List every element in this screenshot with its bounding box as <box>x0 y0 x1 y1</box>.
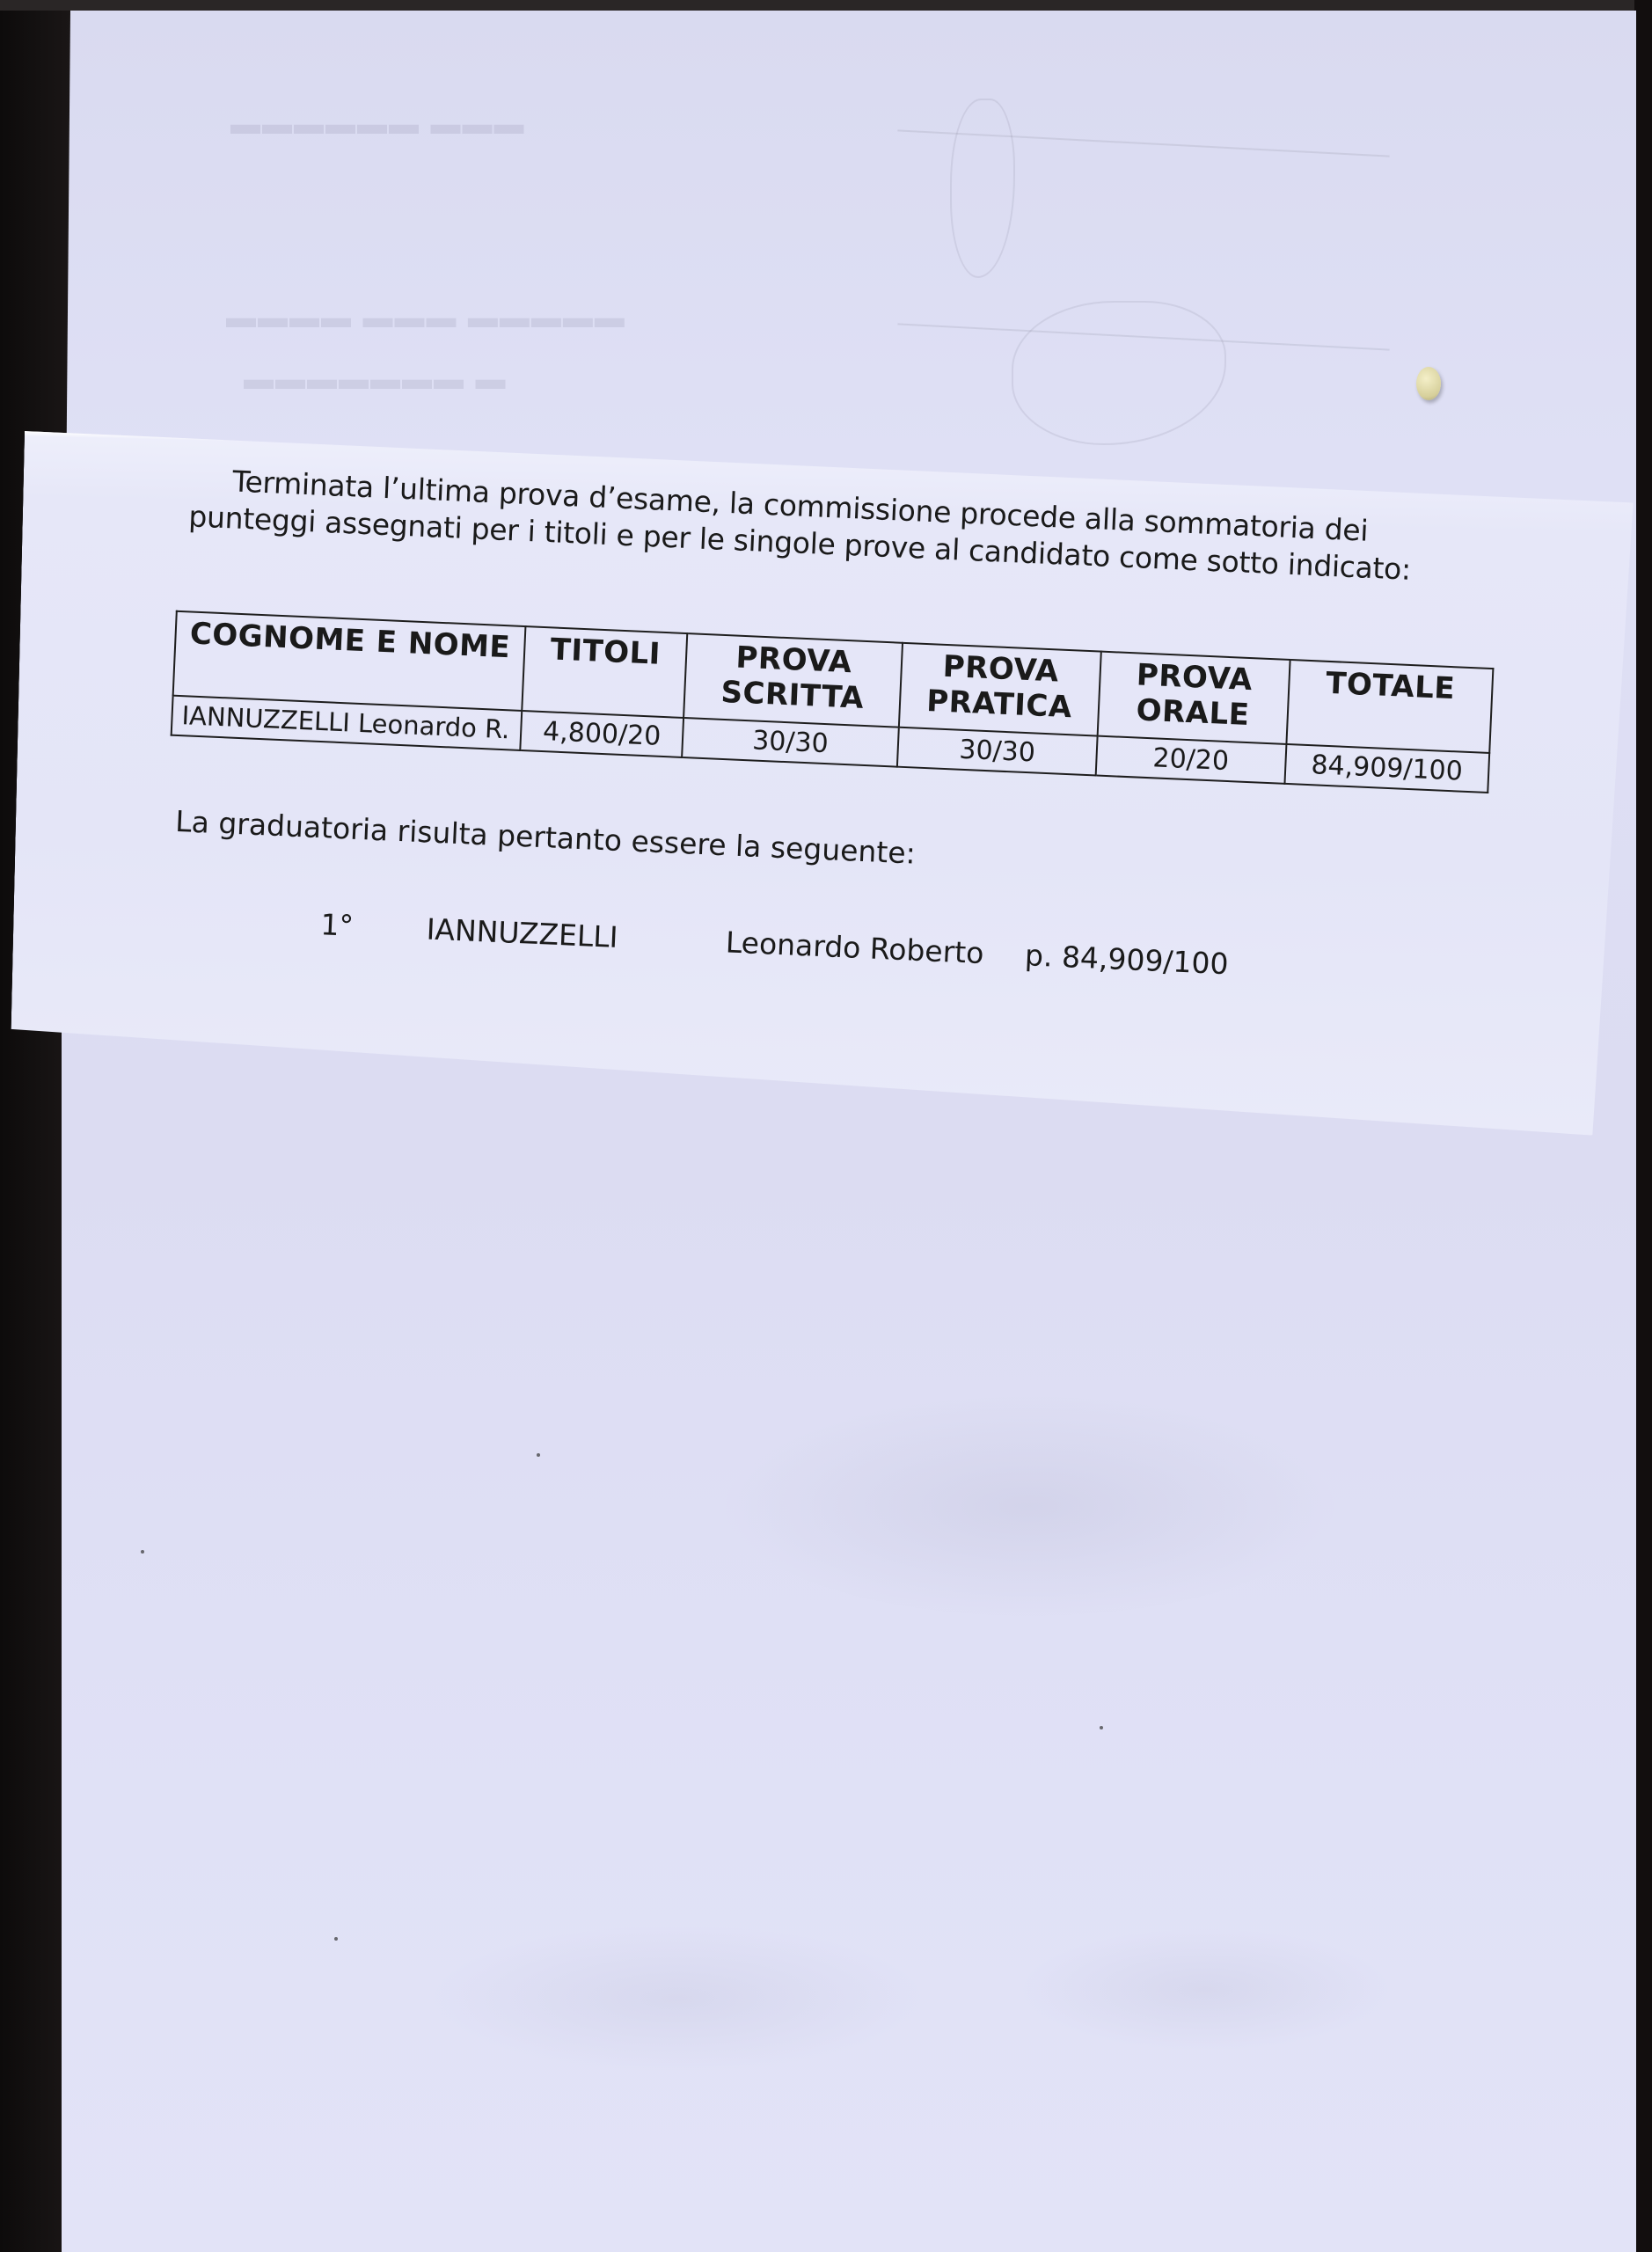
folded-strip: Terminata l’ultima prova d’esame, la com… <box>10 431 1634 1136</box>
paper-speck <box>537 1453 540 1457</box>
paper-speck <box>141 1550 144 1554</box>
ranking-surname: IANNUZZELLI <box>426 911 717 958</box>
ranking-position: 1° <box>320 907 419 946</box>
cell-prova-orale: 20/20 <box>1096 736 1286 784</box>
scanner-border-top <box>0 0 1652 11</box>
header-prova-pratica: PROVA PRATICA <box>899 643 1101 736</box>
bleed-through-text: ▬▬▬ ▬▬▬▬▬▬ <box>229 107 523 142</box>
ranking-intro: La graduatoria risulta pertanto essere l… <box>175 804 917 871</box>
scanner-border-right <box>1634 0 1652 2252</box>
header-prova-scritta: PROVA SCRITTA <box>683 633 903 728</box>
paper-speck <box>334 1937 338 1941</box>
header-titoli: TITOLI <box>522 626 687 718</box>
score-table: COGNOME E NOME TITOLI PROVA SCRITTA PROV… <box>171 611 1495 793</box>
header-prova-orale: PROVA ORALE <box>1098 652 1290 744</box>
header-totale: TOTALE <box>1286 660 1493 753</box>
pin-head <box>1416 367 1441 400</box>
cell-prova-scritta: 30/30 <box>682 718 899 767</box>
ranking-first-name: Leonardo Roberto <box>725 925 1016 971</box>
bleed-through-text: ▬▬▬▬▬ ▬▬▬ ▬▬▬▬ <box>224 301 625 335</box>
paper-shading <box>62 11 1636 2252</box>
cell-prova-pratica: 30/30 <box>897 728 1098 776</box>
scanner-border-left <box>0 0 70 2252</box>
bleed-through-text: ▬ ▬▬▬▬▬▬▬ <box>242 362 505 397</box>
header-cognome-nome: COGNOME E NOME <box>173 611 526 711</box>
paper-sheet: ▬▬▬ ▬▬▬▬▬▬ ▬▬▬▬▬ ▬▬▬ ▬▬▬▬ ▬ ▬▬▬▬▬▬▬ <box>62 11 1636 2252</box>
ranking-score: p. 84,909/100 <box>1024 938 1229 981</box>
cell-titoli: 4,800/20 <box>520 711 683 757</box>
paper-speck <box>1100 1726 1103 1729</box>
cell-totale: 84,909/100 <box>1284 744 1489 793</box>
ranking-entry: 1° IANNUZZELLI Leonardo Roberto p. 84,90… <box>320 907 1230 981</box>
